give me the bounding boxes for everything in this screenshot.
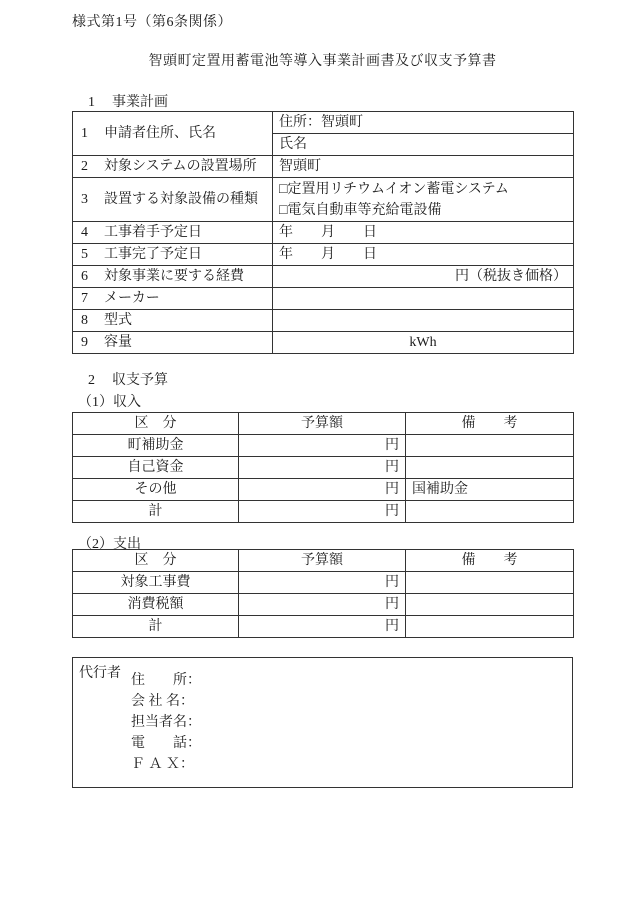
income-note-cell: 国補助金	[406, 479, 574, 501]
section-title: 事業計画	[112, 95, 168, 110]
section-number: 2	[88, 373, 112, 389]
agent-field-fax: Ｆ Ａ Ｘ：	[131, 755, 201, 775]
equipment-options-cell: □定置用リチウムイオン蓄電システム □電気自動車等充給電設備	[273, 178, 574, 222]
row-number: 3	[81, 189, 104, 210]
section-heading-business-plan: 1事業計画	[88, 91, 168, 111]
expense-category: 対象工事費	[73, 572, 239, 594]
expense-amount-cell: 円	[239, 594, 406, 616]
plan-label-capacity: 9容量	[73, 332, 273, 354]
row-number: 6	[81, 266, 104, 287]
table-row: その他 円 国補助金	[73, 479, 574, 501]
agent-field-person: 担当者名：	[131, 713, 201, 733]
business-plan-table: 1申請者住所、氏名 住所：智頭町 氏名 2対象システムの設置場所 智頭町 3設置…	[72, 111, 574, 354]
applicant-name-cell: 氏名	[273, 134, 574, 156]
section-title: 収支予算	[112, 373, 168, 388]
income-note-cell	[406, 501, 574, 523]
row-number: 2	[81, 156, 104, 177]
income-amount-cell: 円	[239, 501, 406, 523]
row-number: 1	[81, 123, 104, 144]
table-row: 6対象事業に要する経費 円（税抜き価格）	[73, 266, 574, 288]
row-label: 申請者住所、氏名	[104, 126, 216, 141]
expense-category: 消費税額	[73, 594, 239, 616]
income-category: その他	[73, 479, 239, 501]
plan-label-cost: 6対象事業に要する経費	[73, 266, 273, 288]
expense-table: 区 分 予算額 備 考 対象工事費 円 消費税額 円 計 円	[72, 549, 574, 638]
expense-note-cell	[406, 572, 574, 594]
maker-cell	[273, 288, 574, 310]
plan-label-start-date: 4工事着手予定日	[73, 222, 273, 244]
section-number: 1	[88, 95, 112, 111]
project-cost-cell: 円（税抜き価格）	[273, 266, 574, 288]
expense-amount-cell: 円	[239, 616, 406, 638]
income-amount-cell: 円	[239, 479, 406, 501]
table-row: 7メーカー	[73, 288, 574, 310]
table-row: 対象工事費 円	[73, 572, 574, 594]
row-number: 7	[81, 288, 104, 309]
document-title: 智頭町定置用蓄電池等導入事業計画書及び収支予算書	[72, 50, 573, 70]
table-row: 8型式	[73, 310, 574, 332]
expense-amount-cell: 円	[239, 572, 406, 594]
row-label: 対象システムの設置場所	[104, 159, 257, 174]
table-header-row: 区 分 予算額 備 考	[73, 550, 574, 572]
income-note-cell	[406, 435, 574, 457]
table-row: 4工事着手予定日 年 月 日	[73, 222, 574, 244]
income-category: 町補助金	[73, 435, 239, 457]
document-page: 様式第1号（第6条関係） 智頭町定置用蓄電池等導入事業計画書及び収支予算書 1事…	[0, 0, 630, 903]
agent-field-address: 住 所：	[131, 671, 201, 691]
table-row: 9容量 kWh	[73, 332, 574, 354]
plan-label-equipment-type: 3設置する対象設備の種類	[73, 178, 273, 222]
table-row: 消費税額 円	[73, 594, 574, 616]
plan-label-maker: 7メーカー	[73, 288, 273, 310]
expense-header-amount: 予算額	[239, 550, 406, 572]
income-amount-cell: 円	[239, 435, 406, 457]
expense-header-note: 備 考	[406, 550, 574, 572]
agent-field-phone: 電 話：	[131, 734, 201, 754]
table-row: 自己資金 円	[73, 457, 574, 479]
checkbox-option-battery-system: □定置用リチウムイオン蓄電システム	[279, 179, 567, 200]
income-header-note: 備 考	[406, 413, 574, 435]
row-number: 9	[81, 332, 104, 353]
plan-label-location: 2対象システムの設置場所	[73, 156, 273, 178]
income-header-category: 区 分	[73, 413, 239, 435]
agent-fields: 住 所： 会 社 名： 担当者名： 電 話： Ｆ Ａ Ｘ：	[131, 671, 201, 776]
income-subheading: （1）収入	[78, 391, 141, 411]
table-row: 3設置する対象設備の種類 □定置用リチウムイオン蓄電システム □電気自動車等充給…	[73, 178, 574, 222]
agent-field-company: 会 社 名：	[131, 692, 201, 712]
row-label: 対象事業に要する経費	[104, 269, 244, 284]
row-label: 工事完了予定日	[104, 247, 202, 262]
expense-category-total: 計	[73, 616, 239, 638]
table-row: 計 円	[73, 501, 574, 523]
table-row: 2対象システムの設置場所 智頭町	[73, 156, 574, 178]
agent-box-label: 代行者	[79, 662, 121, 682]
row-number: 5	[81, 244, 104, 265]
checkbox-option-ev-charging: □電気自動車等充給電設備	[279, 200, 567, 221]
section-heading-budget: 2収支予算	[88, 369, 168, 389]
row-label: 型式	[104, 313, 132, 328]
model-cell	[273, 310, 574, 332]
plan-label-model: 8型式	[73, 310, 273, 332]
construction-start-date-cell: 年 月 日	[273, 222, 574, 244]
row-number: 8	[81, 310, 104, 331]
plan-label-applicant: 1申請者住所、氏名	[73, 112, 273, 156]
income-category-total: 計	[73, 501, 239, 523]
row-number: 4	[81, 222, 104, 243]
plan-label-end-date: 5工事完了予定日	[73, 244, 273, 266]
system-location-cell: 智頭町	[273, 156, 574, 178]
income-category: 自己資金	[73, 457, 239, 479]
row-label: 工事着手予定日	[104, 225, 202, 240]
income-header-amount: 予算額	[239, 413, 406, 435]
expense-note-cell	[406, 616, 574, 638]
table-header-row: 区 分 予算額 備 考	[73, 413, 574, 435]
table-row: 5工事完了予定日 年 月 日	[73, 244, 574, 266]
row-label: 容量	[104, 335, 132, 350]
row-label: メーカー	[104, 291, 160, 306]
table-row: 計 円	[73, 616, 574, 638]
income-amount-cell: 円	[239, 457, 406, 479]
agent-info-box: 代行者 住 所： 会 社 名： 担当者名： 電 話： Ｆ Ａ Ｘ：	[72, 657, 573, 788]
row-label: 設置する対象設備の種類	[104, 192, 258, 207]
income-table: 区 分 予算額 備 考 町補助金 円 自己資金 円 その他 円 国補助金 計	[72, 412, 574, 523]
applicant-address-cell: 住所：智頭町	[273, 112, 574, 134]
table-row: 1申請者住所、氏名 住所：智頭町	[73, 112, 574, 134]
construction-end-date-cell: 年 月 日	[273, 244, 574, 266]
table-row: 町補助金 円	[73, 435, 574, 457]
capacity-cell: kWh	[273, 332, 574, 354]
expense-header-category: 区 分	[73, 550, 239, 572]
form-code: 様式第1号（第6条関係）	[72, 11, 232, 31]
expense-note-cell	[406, 594, 574, 616]
income-note-cell	[406, 457, 574, 479]
